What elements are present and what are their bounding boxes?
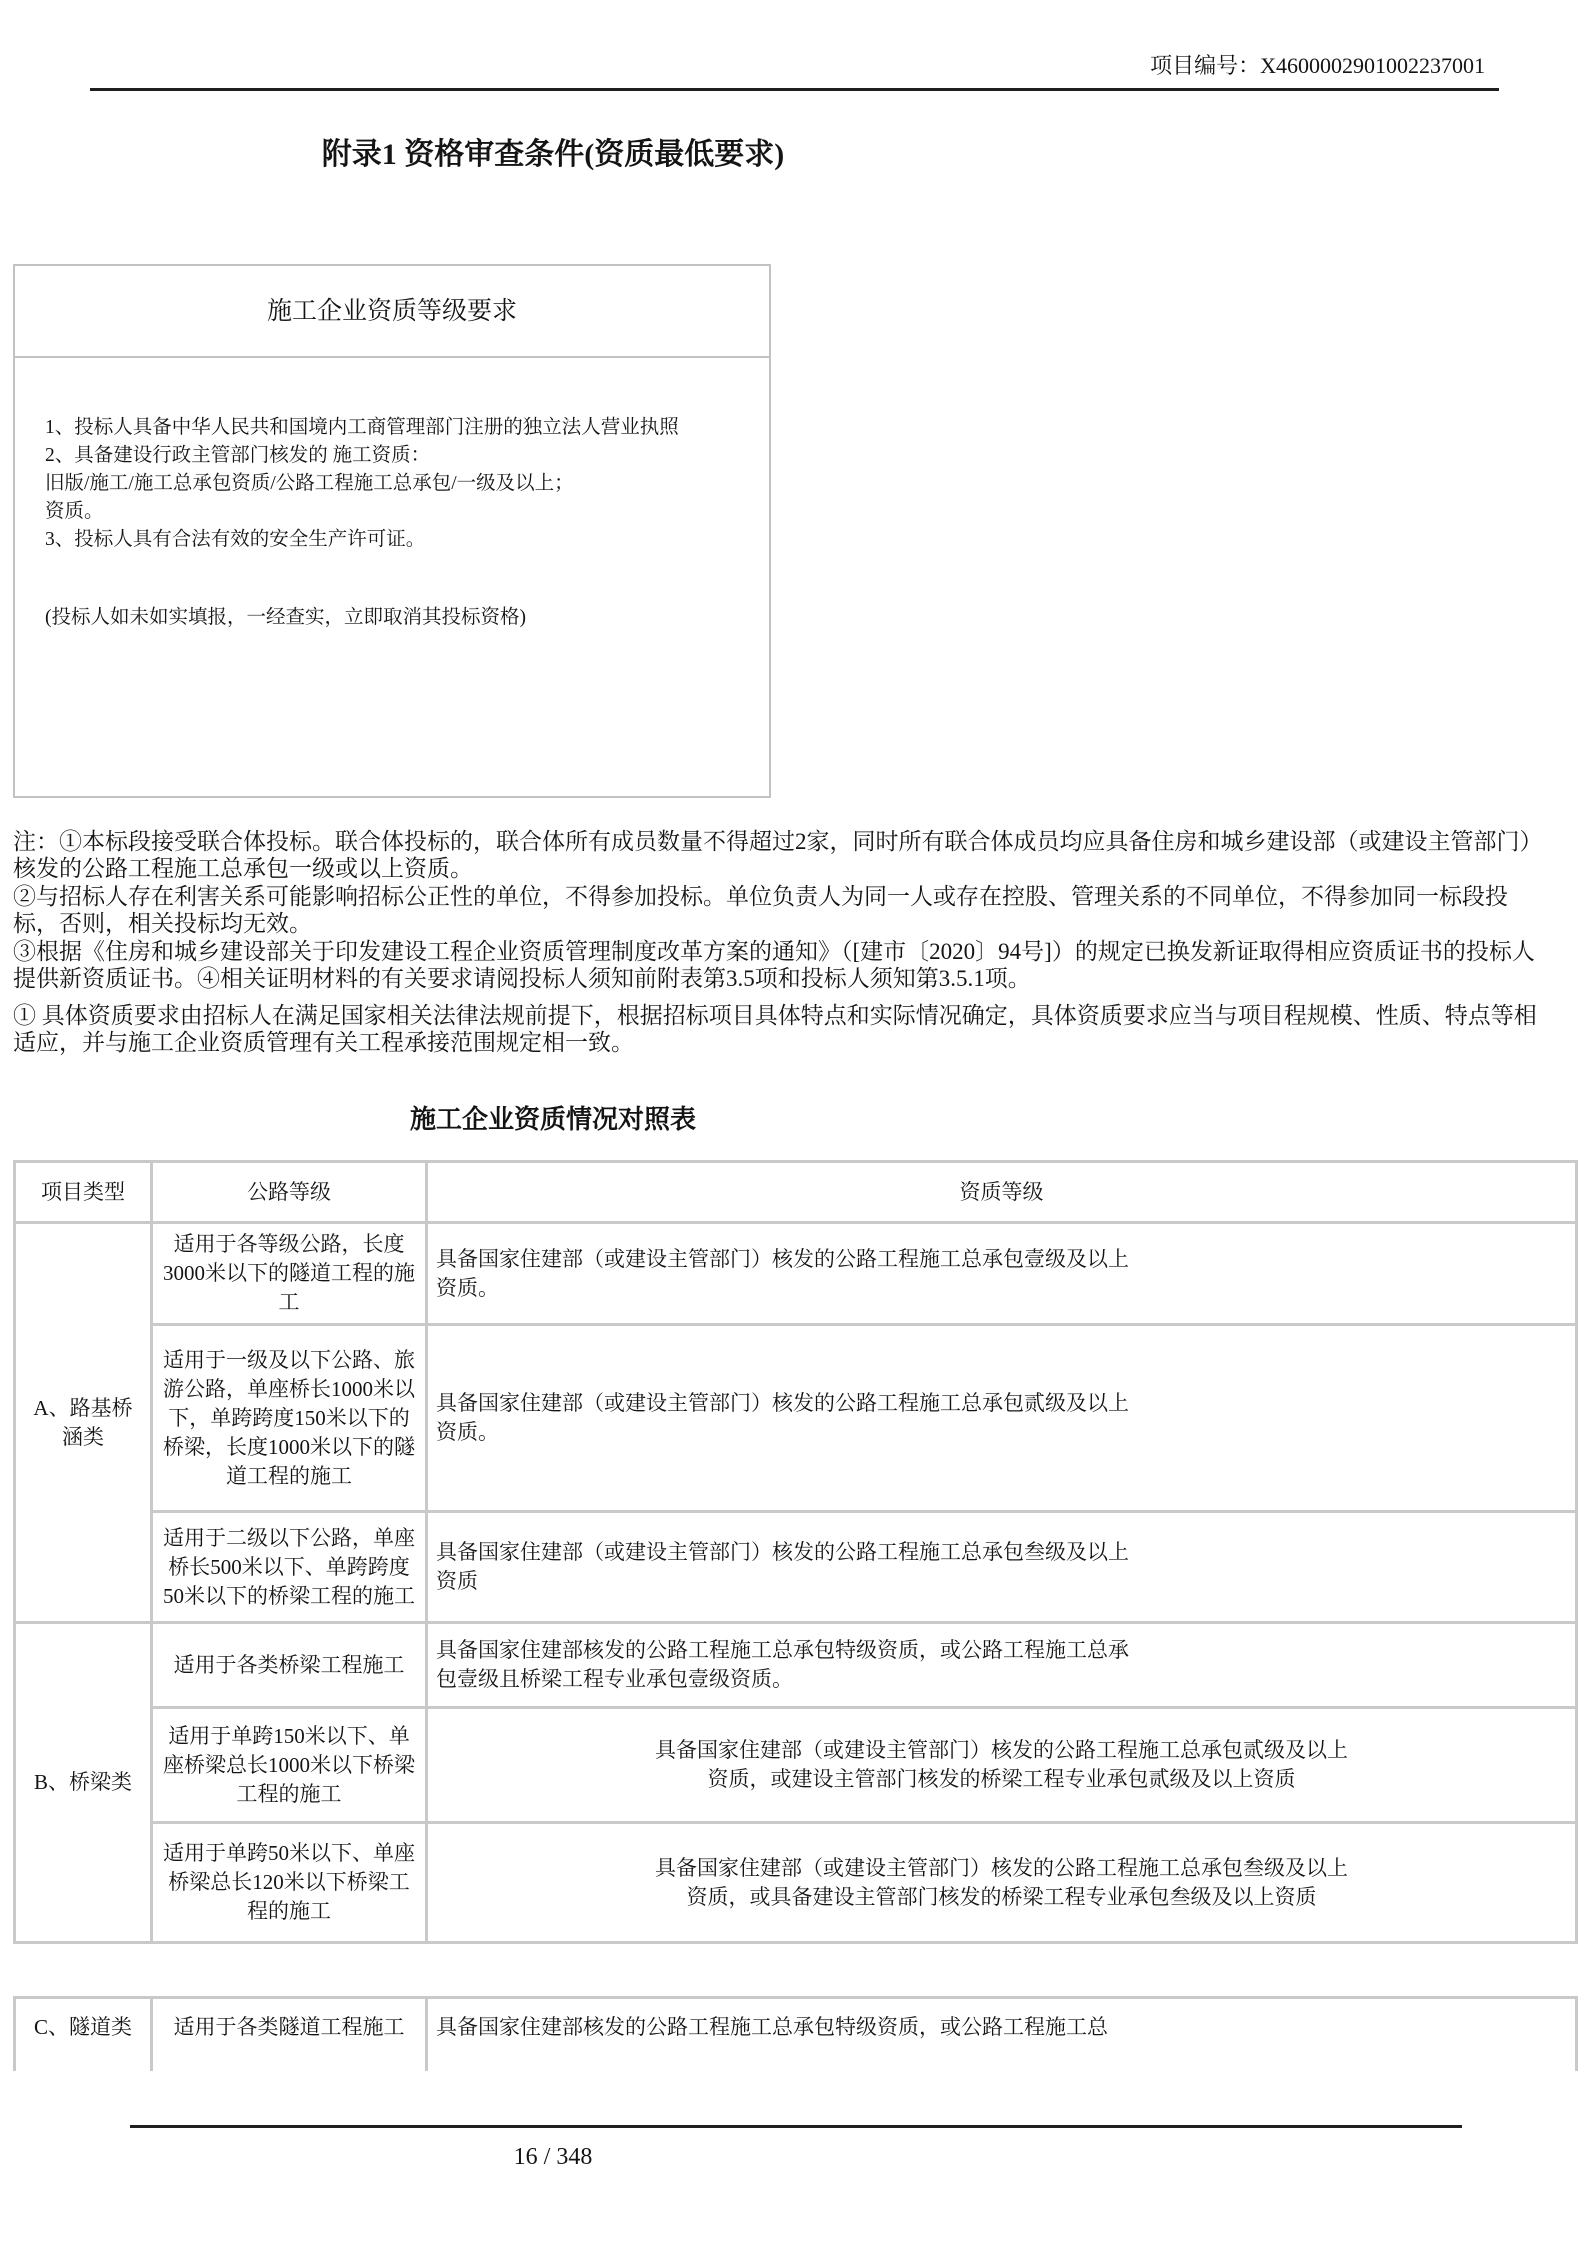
qualification-box-body: 1、投标人具备中华人民共和国境内工商管理部门注册的独立法人营业执照 2、具备建设…: [15, 358, 769, 632]
comparison-table-title: 施工企业资质情况对照表: [0, 1103, 1106, 1137]
requirement-line-4: 资质。: [45, 498, 743, 526]
qualification-cell-b1: 具备国家住建部核发的公路工程施工总承包特级资质，或公路工程施工总承 包壹级且桥梁…: [427, 1623, 1577, 1708]
disclaimer-line: (投标人如未如实填报，一经查实，立即取消其投标资格): [45, 604, 743, 632]
road-grade-cell-a1: 适用于各等级公路，长度3000米以下的隧道工程的施工: [152, 1223, 427, 1325]
road-grade-cell-a3: 适用于二级以下公路，单座桥长500米以下、单跨跨度50米以下的桥梁工程的施工: [152, 1512, 427, 1623]
note-paragraph-2: ②与招标人存在利害关系可能影响招标公正性的单位，不得参加投标。单位负责人为同一人…: [13, 883, 1548, 938]
road-grade-cell-c1: 适用于各类隧道工程施工: [152, 1998, 427, 2071]
table-header-row: 项目类型 公路等级 资质等级: [15, 1162, 1577, 1223]
category-cell-c: C、隧道类: [15, 1998, 152, 2071]
document-page: 项目编号：X4600002901002237001 附录1 资格审查条件(资质最…: [0, 0, 1587, 2245]
note-paragraph-4: ① 具体资质要求由招标人在满足国家相关法律法规前提下，根据招标项目具体特点和实际…: [13, 1002, 1548, 1057]
table-row: B、桥梁类 适用于各类桥梁工程施工 具备国家住建部核发的公路工程施工总承包特级资…: [15, 1623, 1577, 1708]
header-cell-road-grade: 公路等级: [152, 1162, 427, 1223]
road-grade-cell-a2: 适用于一级及以下公路、旅游公路，单座桥长1000米以下，单跨跨度150米以下的桥…: [152, 1325, 427, 1512]
header-cell-project-type: 项目类型: [15, 1162, 152, 1223]
qualification-cell-a1: 具备国家住建部（或建设主管部门）核发的公路工程施工总承包壹级及以上 资质。: [427, 1223, 1577, 1325]
note-paragraph-1: 注：①本标段接受联合体投标。联合体投标的，联合体所有成员数量不得超过2家，同时所…: [13, 828, 1548, 883]
road-grade-cell-b3: 适用于单跨50米以下、单座桥梁总长120米以下桥梁工程的施工: [152, 1823, 427, 1943]
road-grade-cell-b1: 适用于各类桥梁工程施工: [152, 1623, 427, 1708]
qualification-cell-b2: 具备国家住建部（或建设主管部门）核发的公路工程施工总承包贰级及以上 资质，或建设…: [427, 1708, 1577, 1823]
table-row: A、路基桥涵类 适用于各等级公路，长度3000米以下的隧道工程的施工 具备国家住…: [15, 1223, 1577, 1325]
requirement-line-2: 2、具备建设行政主管部门核发的 施工资质：: [45, 442, 743, 470]
footer-rule: [130, 2125, 1462, 2128]
notes-section: 注：①本标段接受联合体投标。联合体投标的，联合体所有成员数量不得超过2家，同时所…: [13, 828, 1548, 1057]
appendix-title: 附录1 资格审查条件(资质最低要求): [0, 135, 1106, 174]
table-row: C、隧道类 适用于各类隧道工程施工 具备国家住建部核发的公路工程施工总承包特级资…: [15, 1998, 1577, 2071]
header-cell-qualification-grade: 资质等级: [427, 1162, 1577, 1223]
requirement-line-5: 3、投标人具有合法有效的安全生产许可证。: [45, 526, 743, 554]
category-cell-b: B、桥梁类: [15, 1623, 152, 1943]
comparison-table: 项目类型 公路等级 资质等级 A、路基桥涵类 适用于各等级公路，长度3000米以…: [13, 1160, 1578, 1944]
requirement-line-3: 旧版/施工/施工总承包资质/公路工程施工总承包/一级及以上；: [45, 470, 743, 498]
qualification-box-heading: 施工企业资质等级要求: [15, 266, 769, 359]
road-grade-cell-b2: 适用于单跨150米以下、单座桥梁总长1000米以下桥梁工程的施工: [152, 1708, 427, 1823]
table-row: 适用于单跨150米以下、单座桥梁总长1000米以下桥梁工程的施工 具备国家住建部…: [15, 1708, 1577, 1823]
qualification-cell-a3: 具备国家住建部（或建设主管部门）核发的公路工程施工总承包叁级及以上 资质: [427, 1512, 1577, 1623]
requirement-line-1: 1、投标人具备中华人民共和国境内工商管理部门注册的独立法人营业执照: [45, 414, 743, 442]
qualification-cell-b3: 具备国家住建部（或建设主管部门）核发的公路工程施工总承包叁级及以上 资质，或具备…: [427, 1823, 1577, 1943]
page-number: 16 / 348: [0, 2144, 1106, 2171]
qualification-cell-c1: 具备国家住建部核发的公路工程施工总承包特级资质，或公路工程施工总: [427, 1998, 1577, 2071]
page-header: 项目编号：X4600002901002237001: [90, 0, 1499, 91]
table-row: 适用于一级及以下公路、旅游公路，单座桥长1000米以下，单跨跨度150米以下的桥…: [15, 1325, 1577, 1512]
category-cell-a: A、路基桥涵类: [15, 1223, 152, 1623]
qualification-requirements-box: 施工企业资质等级要求 1、投标人具备中华人民共和国境内工商管理部门注册的独立法人…: [13, 264, 771, 798]
table-row: 适用于二级以下公路，单座桥长500米以下、单跨跨度50米以下的桥梁工程的施工 具…: [15, 1512, 1577, 1623]
qualification-cell-a2: 具备国家住建部（或建设主管部门）核发的公路工程施工总承包贰级及以上 资质。: [427, 1325, 1577, 1512]
table-row: 适用于单跨50米以下、单座桥梁总长120米以下桥梁工程的施工 具备国家住建部（或…: [15, 1823, 1577, 1943]
project-number: 项目编号：X4600002901002237001: [1150, 53, 1485, 78]
comparison-table-continued: C、隧道类 适用于各类隧道工程施工 具备国家住建部核发的公路工程施工总承包特级资…: [13, 1996, 1578, 2071]
note-paragraph-3: ③根据《住房和城乡建设部关于印发建设工程企业资质管理制度改革方案的通知》（[建市…: [13, 938, 1548, 993]
